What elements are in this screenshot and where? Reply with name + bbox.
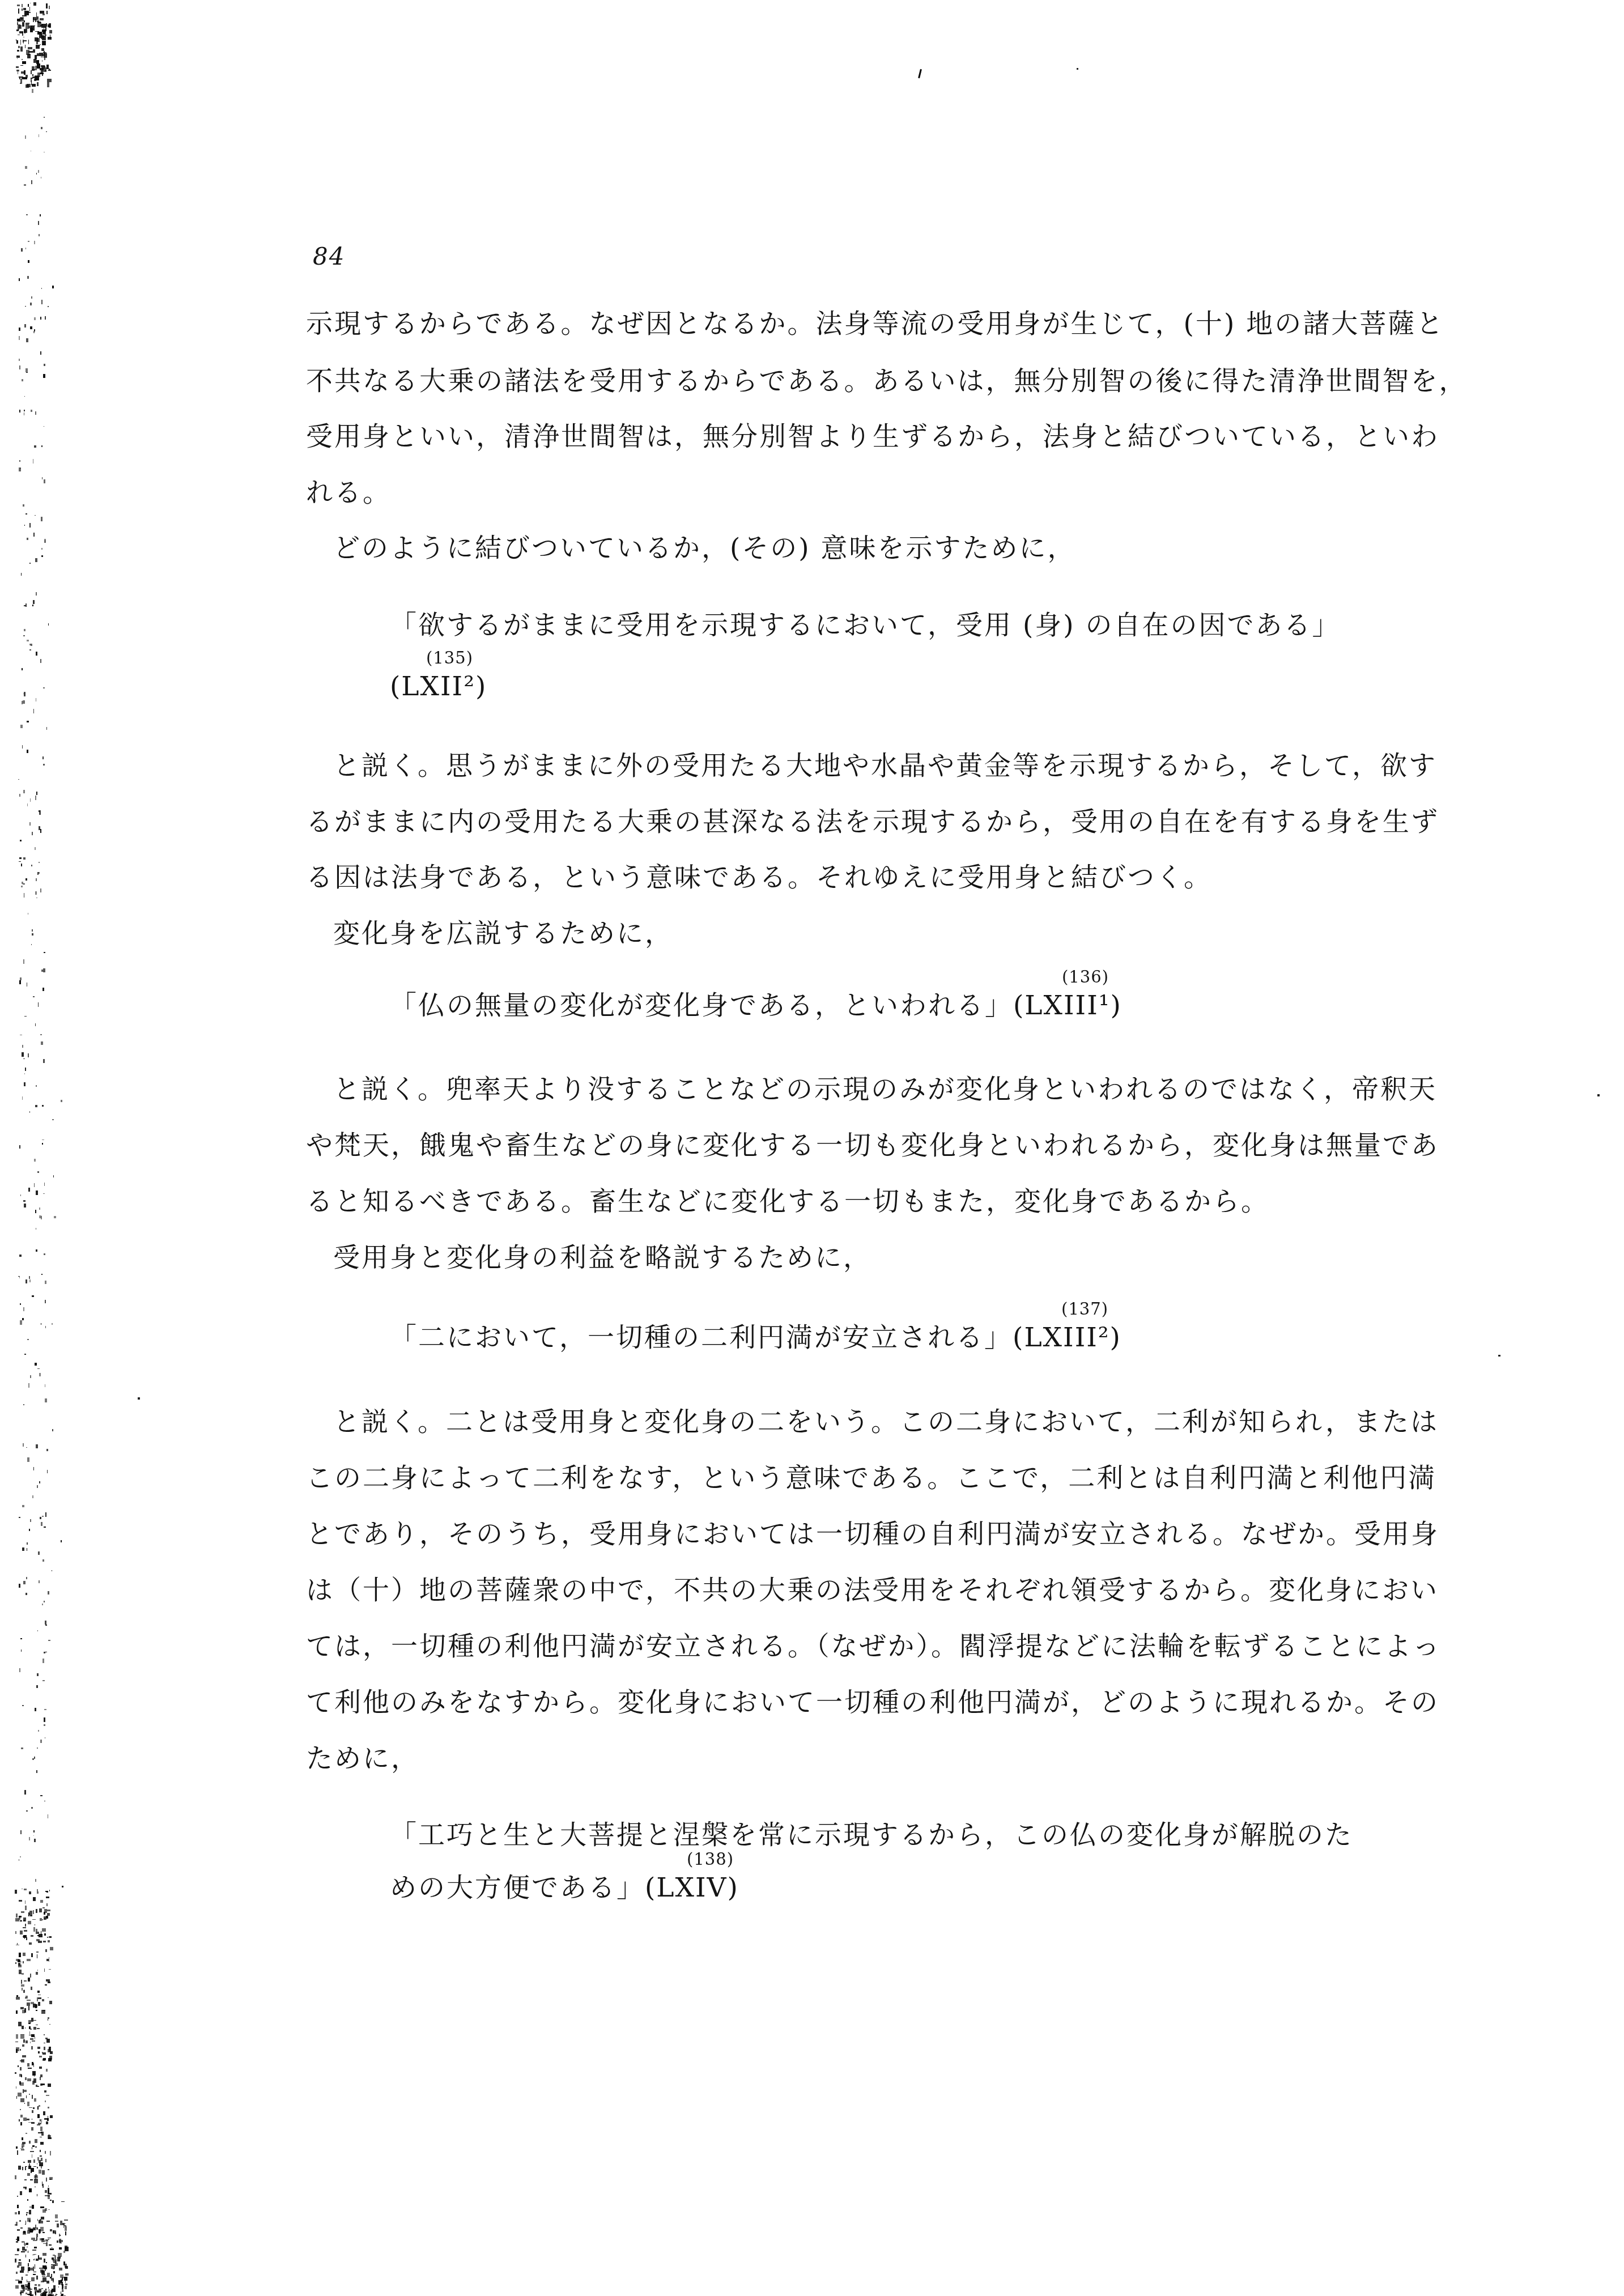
verse-citation: (LXIII²) — [1013, 1322, 1121, 1353]
verse-quote-line: 「仏の無量の変化が変化身である，といわれる」(136)(LXIII¹) — [390, 990, 1529, 1021]
verse-reference: (136)(LXIII¹) — [1013, 990, 1122, 1021]
verse-reference: (135) (LXII²) — [390, 671, 487, 702]
body-line: るがままに内の受用たる大乗の甚深なる法を示現するから，受用の自在を有する身を生ず — [306, 807, 1445, 837]
verse-reference-line: (135) (LXII²) — [390, 671, 1529, 702]
verse-citation: (LXIII¹) — [1013, 990, 1122, 1021]
body-line: る因は法身である，という意味である。それゆえに受用身と結びつく。 — [306, 862, 1445, 893]
footnote-number: (137) — [1061, 1300, 1108, 1319]
body-line: とであり，そのうち，受用身においては一切種の自利円満が安立される。なぜか。受用身 — [306, 1519, 1445, 1550]
verse-quote: めの大方便である」 — [390, 1872, 645, 1903]
body-line: ると知るべきである。畜生などに変化する一切もまた，変化身であるから。 — [306, 1187, 1445, 1217]
body-line: と説く。二とは受用身と変化身の二をいう。この二身において，二利が知られ，または — [306, 1407, 1472, 1438]
verse-reference: (137)(LXIII²) — [1013, 1323, 1121, 1353]
verse-citation: (LXII²) — [390, 671, 487, 702]
body-line: て利他のみをなすから。変化身において一切種の利他円満が，どのように現れるか。その — [306, 1687, 1445, 1718]
body-line: 示現するからである。なぜ因となるか。法身等流の受用身が生じて，(十) 地の諸大菩… — [306, 309, 1445, 339]
body-line: ために， — [306, 1744, 1445, 1774]
verse-quote-line: 「二において，一切種の二利円満が安立される」(137)(LXIII²) — [390, 1323, 1529, 1353]
verse-quote-line: めの大方便である」(138)(LXIV) — [390, 1873, 1529, 1903]
body-line: どのように結びついているか，(その) 意味を示すために， — [306, 533, 1472, 564]
page-number: 84 — [313, 243, 345, 270]
body-line: と説く。思うがままに外の受用たる大地や水晶や黄金等を示現するから，そして，欲す — [306, 751, 1472, 781]
body-line: 変化身を広説するために， — [306, 919, 1472, 949]
verse-citation: (LXIV) — [645, 1872, 739, 1903]
footnote-number: (138) — [687, 1850, 734, 1869]
body-line: は（十）地の菩薩衆の中で，不共の大乗の法受用をそれぞれ領受するから。変化身におい — [306, 1575, 1445, 1606]
verse-reference: (138)(LXIV) — [645, 1873, 739, 1903]
verse-quote: 「欲するがままに受用を示現するにおいて，受用 (身) の自在の因である」 — [390, 610, 1529, 641]
verse-quote: 「工巧と生と大菩提と涅槃を常に示現するから，この仏の変化身が解脱のた — [390, 1820, 1529, 1851]
body-line: この二身によって二利をなす，という意味である。ここで，二利とは自利円満と利他円満 — [306, 1463, 1445, 1494]
verse-quote: 「仏の無量の変化が変化身である，といわれる」 — [390, 990, 1013, 1021]
body-line: 不共なる大乗の諸法を受用するからである。あるいは，無分別智の後に得た清浄世間智を… — [306, 366, 1445, 397]
footnote-number: (136) — [1062, 968, 1109, 987]
stray-mark — [918, 69, 922, 78]
body-line: ては，一切種の利他円満が安立される。（なぜか）。閻浮提などに法輪を転ずることによ… — [306, 1631, 1445, 1662]
scanned-page: 84 示現するからである。なぜ因となるか。法身等流の受用身が生じて，(十) 地の… — [0, 0, 1624, 2296]
body-line: 受用身といい，清浄世間智は，無分別智より生ずるから，法身と結びついている，といわ — [306, 422, 1445, 452]
body-line: と説く。兜率天より没することなどの示現のみが変化身といわれるのではなく，帝釈天 — [306, 1074, 1472, 1105]
body-line: 受用身と変化身の利益を略説するために， — [306, 1243, 1472, 1273]
footnote-number: (135) — [426, 649, 473, 667]
body-line: や梵天，餓鬼や畜生などの身に変化する一切も変化身といわれるから，変化身は無量であ — [306, 1130, 1445, 1161]
body-line: れる。 — [306, 478, 1445, 508]
verse-quote: 「二において，一切種の二利円満が安立される」 — [390, 1322, 1013, 1353]
